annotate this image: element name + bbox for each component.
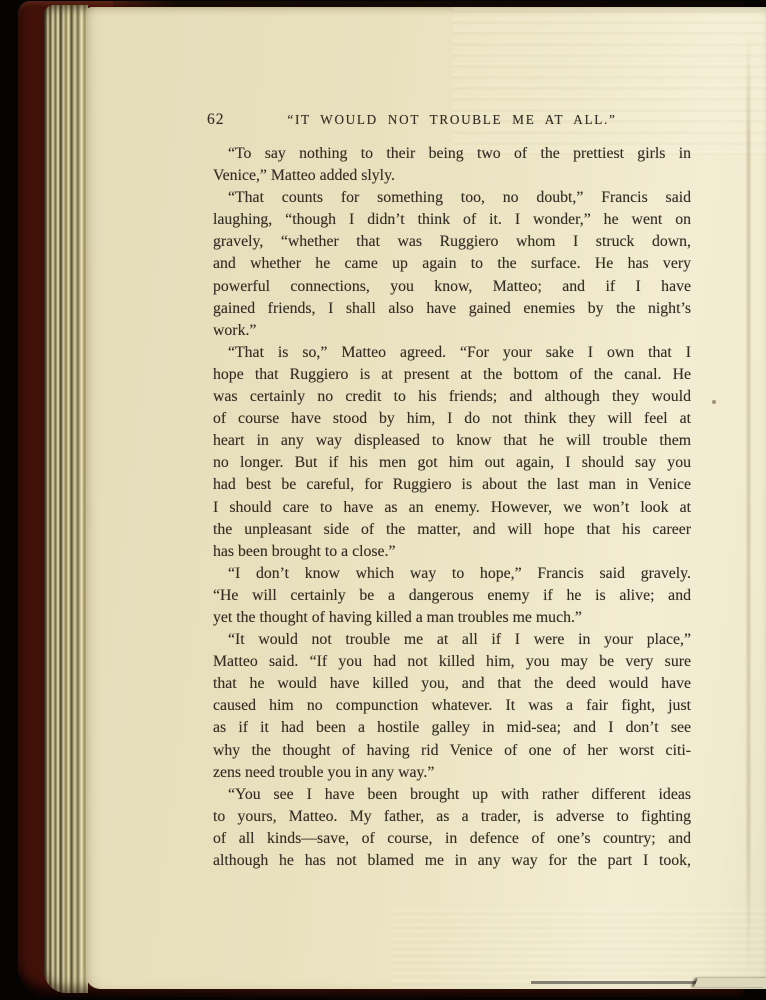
paragraph: “To say nothing to their being two of th… <box>213 143 691 187</box>
text-line: had best be careful, for Ruggiero is abo… <box>213 474 691 496</box>
bottom-corner-page-edge <box>694 978 766 987</box>
body-text: “To say nothing to their being two of th… <box>213 143 691 872</box>
paragraph: “I don’t know which way to hope,” Franci… <box>213 563 691 629</box>
running-head: 62 “IT WOULD NOT TROUBLE ME AT ALL.” <box>213 103 691 133</box>
text-line: hope that Ruggiero is at present at the … <box>213 364 691 386</box>
book-photo: 62 “IT WOULD NOT TROUBLE ME AT ALL.” “To… <box>0 0 766 1000</box>
text-line: and whether he came up again to the surf… <box>213 253 691 275</box>
text-line: heart in any way displeased to know that… <box>213 430 691 452</box>
text-line: of course have stood by him, I do not th… <box>213 408 691 430</box>
book-page: 62 “IT WOULD NOT TROUBLE ME AT ALL.” “To… <box>86 7 766 989</box>
text-line: gained friends, I shall also have gained… <box>213 298 691 320</box>
text-line: I should care to have as an enemy. Howev… <box>213 497 691 519</box>
text-line: “That is so,” Matteo agreed. “For your s… <box>213 342 691 364</box>
text-line: “That counts for something too, no doubt… <box>213 187 691 209</box>
text-line: gravely, “whether that was Ruggiero whom… <box>213 231 691 253</box>
text-line: yet the thought of having killed a man t… <box>213 607 691 629</box>
text-block: 62 “IT WOULD NOT TROUBLE ME AT ALL.” “To… <box>213 103 691 872</box>
paragraph: “It would not trouble me at all if I wer… <box>213 629 691 784</box>
text-line: “I don’t know which way to hope,” Franci… <box>213 563 691 585</box>
text-line: to yours, Matteo. My father, as a trader… <box>213 806 691 828</box>
text-line: was certainly no credit to his friends; … <box>213 386 691 408</box>
text-line: “He will certainly be a dangerous enemy … <box>213 585 691 607</box>
text-line: Matteo said. “If you had not killed him,… <box>213 651 691 673</box>
text-line: the unpleasant side of the matter, and w… <box>213 519 691 541</box>
paragraph: “That counts for something too, no doubt… <box>213 187 691 342</box>
running-title: “IT WOULD NOT TROUBLE ME AT ALL.” <box>213 103 691 128</box>
page-edge-texture-bottom <box>392 909 766 989</box>
text-line: no longer. But if his men got him out ag… <box>213 452 691 474</box>
text-line: powerful connections, you know, Matteo; … <box>213 276 691 298</box>
foxing-spot <box>712 400 716 404</box>
text-line: as if it had been a hostile galley in mi… <box>213 717 691 739</box>
text-line: Venice,” Matteo added slyly. <box>213 165 691 187</box>
text-line: laughing, “though I didn’t think of it. … <box>213 209 691 231</box>
text-line: “To say nothing to their being two of th… <box>213 143 691 165</box>
paragraph: “That is so,” Matteo agreed. “For your s… <box>213 342 691 563</box>
text-line: zens need trouble you in any way.” <box>213 762 691 784</box>
text-line: caused him no compunction whatever. It w… <box>213 695 691 717</box>
text-line: of all kinds—save, of course, in defence… <box>213 828 691 850</box>
page-edge-stack <box>44 5 88 993</box>
text-line: “You see I have been brought up with rat… <box>213 784 691 806</box>
page-number: 62 <box>207 111 225 129</box>
text-line: “It would not trouble me at all if I wer… <box>213 629 691 651</box>
text-line: that he would have killed you, and that … <box>213 673 691 695</box>
text-line: why the thought of having rid Venice of … <box>213 740 691 762</box>
text-line: although he has not blamed me in any way… <box>213 850 691 872</box>
text-line: work.” <box>213 320 691 342</box>
paragraph: “You see I have been brought up with rat… <box>213 784 691 872</box>
text-line: has been brought to a close.” <box>213 541 691 563</box>
page-crease <box>747 33 750 973</box>
